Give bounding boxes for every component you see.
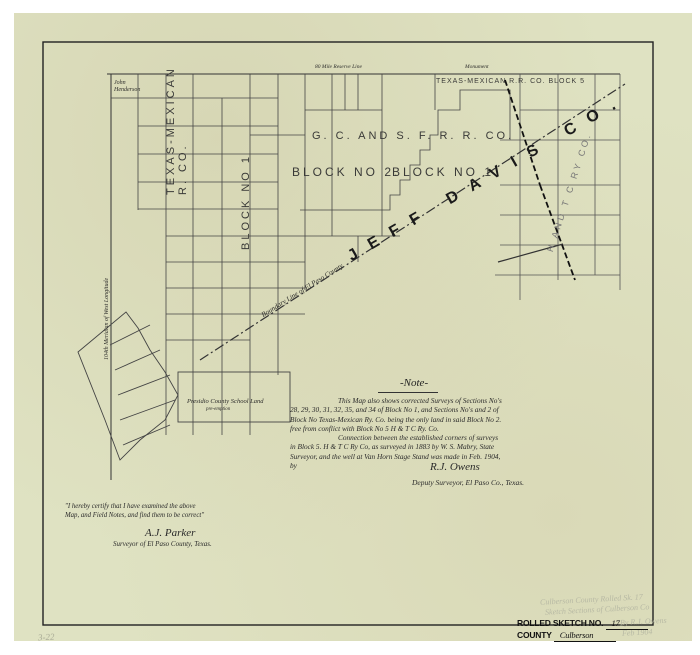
county-label: COUNTY (517, 630, 552, 640)
meridian-label: 104th Meridian of West Longitude (104, 278, 110, 360)
rolled-sketch-label: ROLLED SKETCH NO. (517, 618, 603, 628)
monument-label: Monument (465, 64, 489, 70)
certification-line-1: "I hereby certify that I have examined t… (65, 503, 196, 510)
note-title: -Note- (400, 377, 428, 389)
parker-title: Surveyor of El Paso County, Texas. (113, 540, 212, 548)
rolled-sketch-number: 17 (606, 618, 648, 630)
margin-mark: 3-22 (38, 632, 55, 643)
block-no2-label: BLOCK NO 2. (292, 165, 400, 179)
note-paragraph-1: This Map also shows corrected Surveys of… (290, 396, 505, 433)
owens-title: Deputy Surveyor, El Paso Co., Texas. (412, 478, 524, 487)
reserve-line-label: 80 Mile Reserve Line (315, 64, 362, 70)
school-land-label: Presidio County School Land (187, 398, 264, 405)
texas-mexican-vertical-label: TEXAS-MEXICAN R. CO. (165, 45, 189, 195)
archive-stamp: ROLLED SKETCH NO. 17 COUNTY Culberson (517, 618, 648, 642)
note-underline (378, 392, 438, 393)
county-value: Culberson (554, 630, 616, 642)
texas-mexican-top-label: TEXAS-MEXICAN R.R. CO. BLOCK 5 (436, 78, 585, 85)
parker-signature: A.J. Parker (145, 527, 195, 539)
school-land-sub-label: pre-emption (206, 407, 230, 412)
note-body: This Map also shows corrected Surveys of… (290, 396, 505, 470)
gcsf-company-label: G. C. AND S. F. R. R. CO. (312, 130, 514, 142)
block-no1-vertical-label: BLOCK NO 1 (240, 154, 252, 250)
john-henderson-label: John Henderson (114, 80, 138, 94)
owens-signature: R.J. Owens (430, 461, 480, 473)
certification-line-2: Map, and Field Notes, and find them to b… (65, 512, 204, 519)
